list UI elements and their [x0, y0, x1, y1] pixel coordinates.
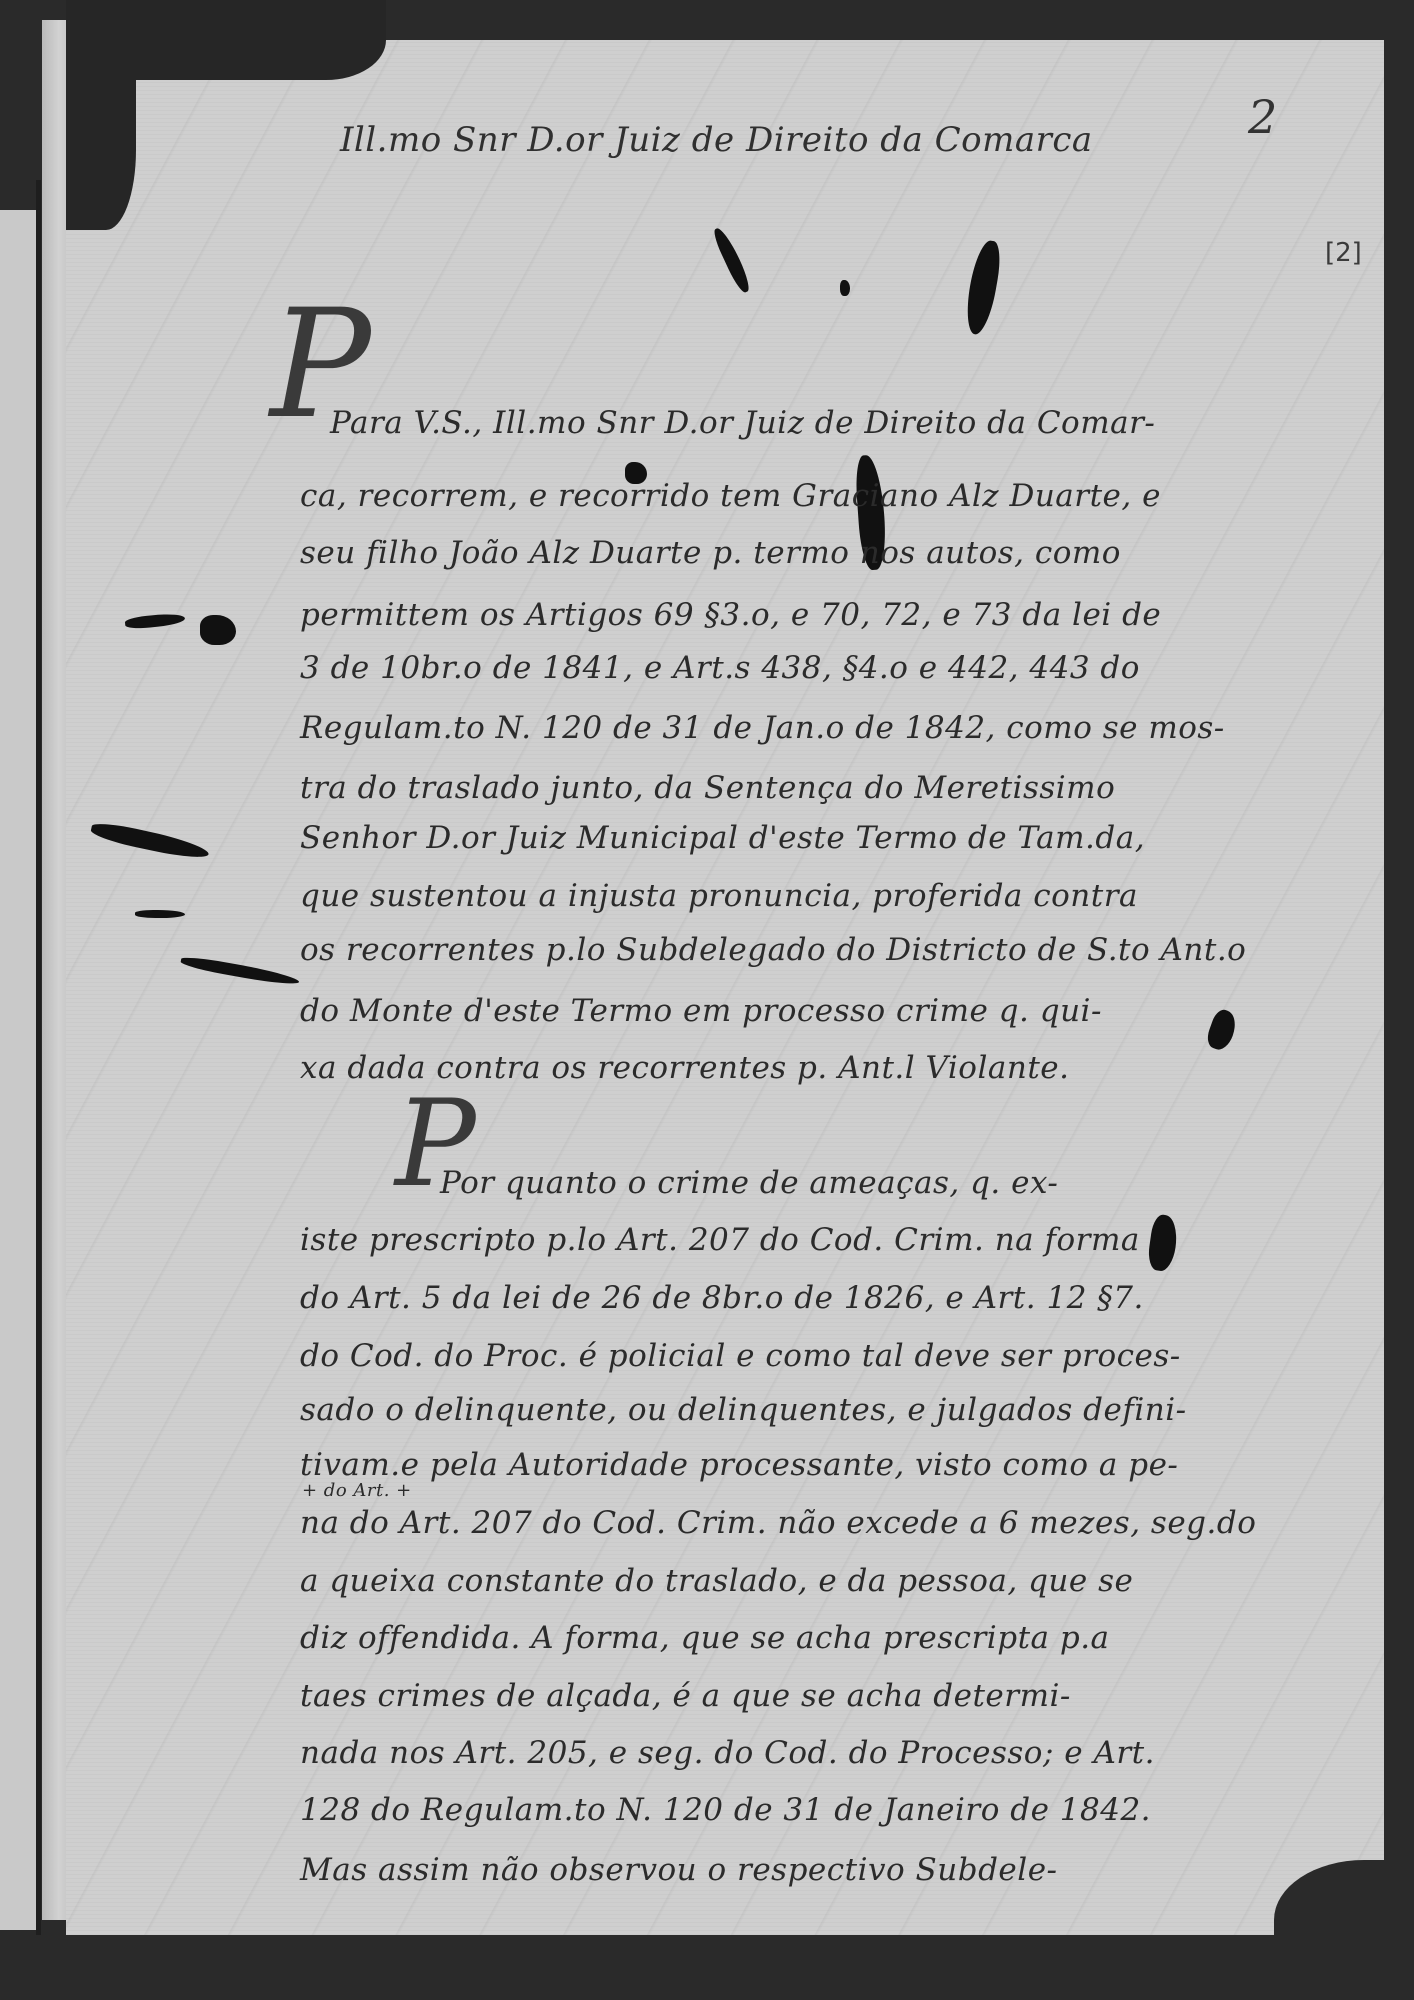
text-line: ca, recorrem, e recorrido tem Graciano A… [300, 478, 1161, 514]
page-heading: Ill.mo Snr D.or Juiz de Direito da Comar… [340, 120, 1093, 160]
text-line: Por quanto o crime de ameaças, q. ex- [440, 1165, 1058, 1201]
text-line: do Cod. do Proc. é policial e como tal d… [300, 1338, 1181, 1374]
bottom-scan-background [0, 1935, 1414, 2000]
text-line: iste prescripto p.lo Art. 207 do Cod. Cr… [300, 1222, 1140, 1258]
text-line: na do Art. 207 do Cod. Crim. não excede … [300, 1505, 1256, 1541]
text-line: a queixa constante do traslado, e da pes… [300, 1563, 1133, 1599]
previous-page-edge [0, 210, 40, 1930]
text-line: 3 de 10br.o de 1841, e Art.s 438, §4.o e… [300, 650, 1140, 686]
text-line: os recorrentes p.lo Subdelegado do Distr… [300, 932, 1246, 968]
right-scan-background [1384, 0, 1414, 2000]
text-line: permittem os Artigos 69 §3.o, e 70, 72, … [300, 597, 1161, 633]
archival-folio-number: [2] [1325, 238, 1362, 268]
text-line: nada nos Art. 205, e seg. do Cod. do Pro… [300, 1735, 1155, 1771]
text-line: Para V.S., Ill.mo Snr D.or Juiz de Direi… [330, 405, 1155, 441]
text-line: Senhor D.or Juiz Municipal d'este Termo … [300, 820, 1145, 856]
ink-stain [200, 615, 236, 645]
text-line: do Monte d'este Termo em processo crime … [300, 993, 1102, 1029]
text-line: que sustentou a injusta pronuncia, profe… [300, 878, 1138, 914]
handwritten-folio-number: 2 [1248, 90, 1277, 144]
text-line: seu filho João Alz Duarte p. termo nos a… [300, 535, 1121, 571]
text-line: do Art. 5 da lei de 26 de 8br.o de 1826,… [300, 1280, 1144, 1316]
damaged-top-left-corner [66, 40, 136, 230]
text-line: tra do traslado junto, da Sentença do Me… [300, 770, 1115, 806]
text-line: 128 do Regulam.to N. 120 de 31 de Janeir… [300, 1792, 1151, 1828]
binding-gutter-line [36, 180, 41, 1940]
text-line: Mas assim não observou o respectivo Subd… [300, 1852, 1058, 1888]
ink-stain [135, 910, 185, 918]
text-line: taes crimes de alçada, é a que se acha d… [300, 1678, 1071, 1714]
ink-stain [840, 280, 850, 296]
text-line: diz offendida. A forma, que se acha pres… [300, 1620, 1110, 1656]
text-line: sado o delinquente, ou delinquentes, e j… [300, 1392, 1187, 1428]
margin-note: + do Art. + [302, 1480, 412, 1501]
text-line: Regulam.to N. 120 de 31 de Jan.o de 1842… [300, 710, 1225, 746]
text-line: tivam.e pela Autoridade processante, vis… [300, 1447, 1178, 1483]
